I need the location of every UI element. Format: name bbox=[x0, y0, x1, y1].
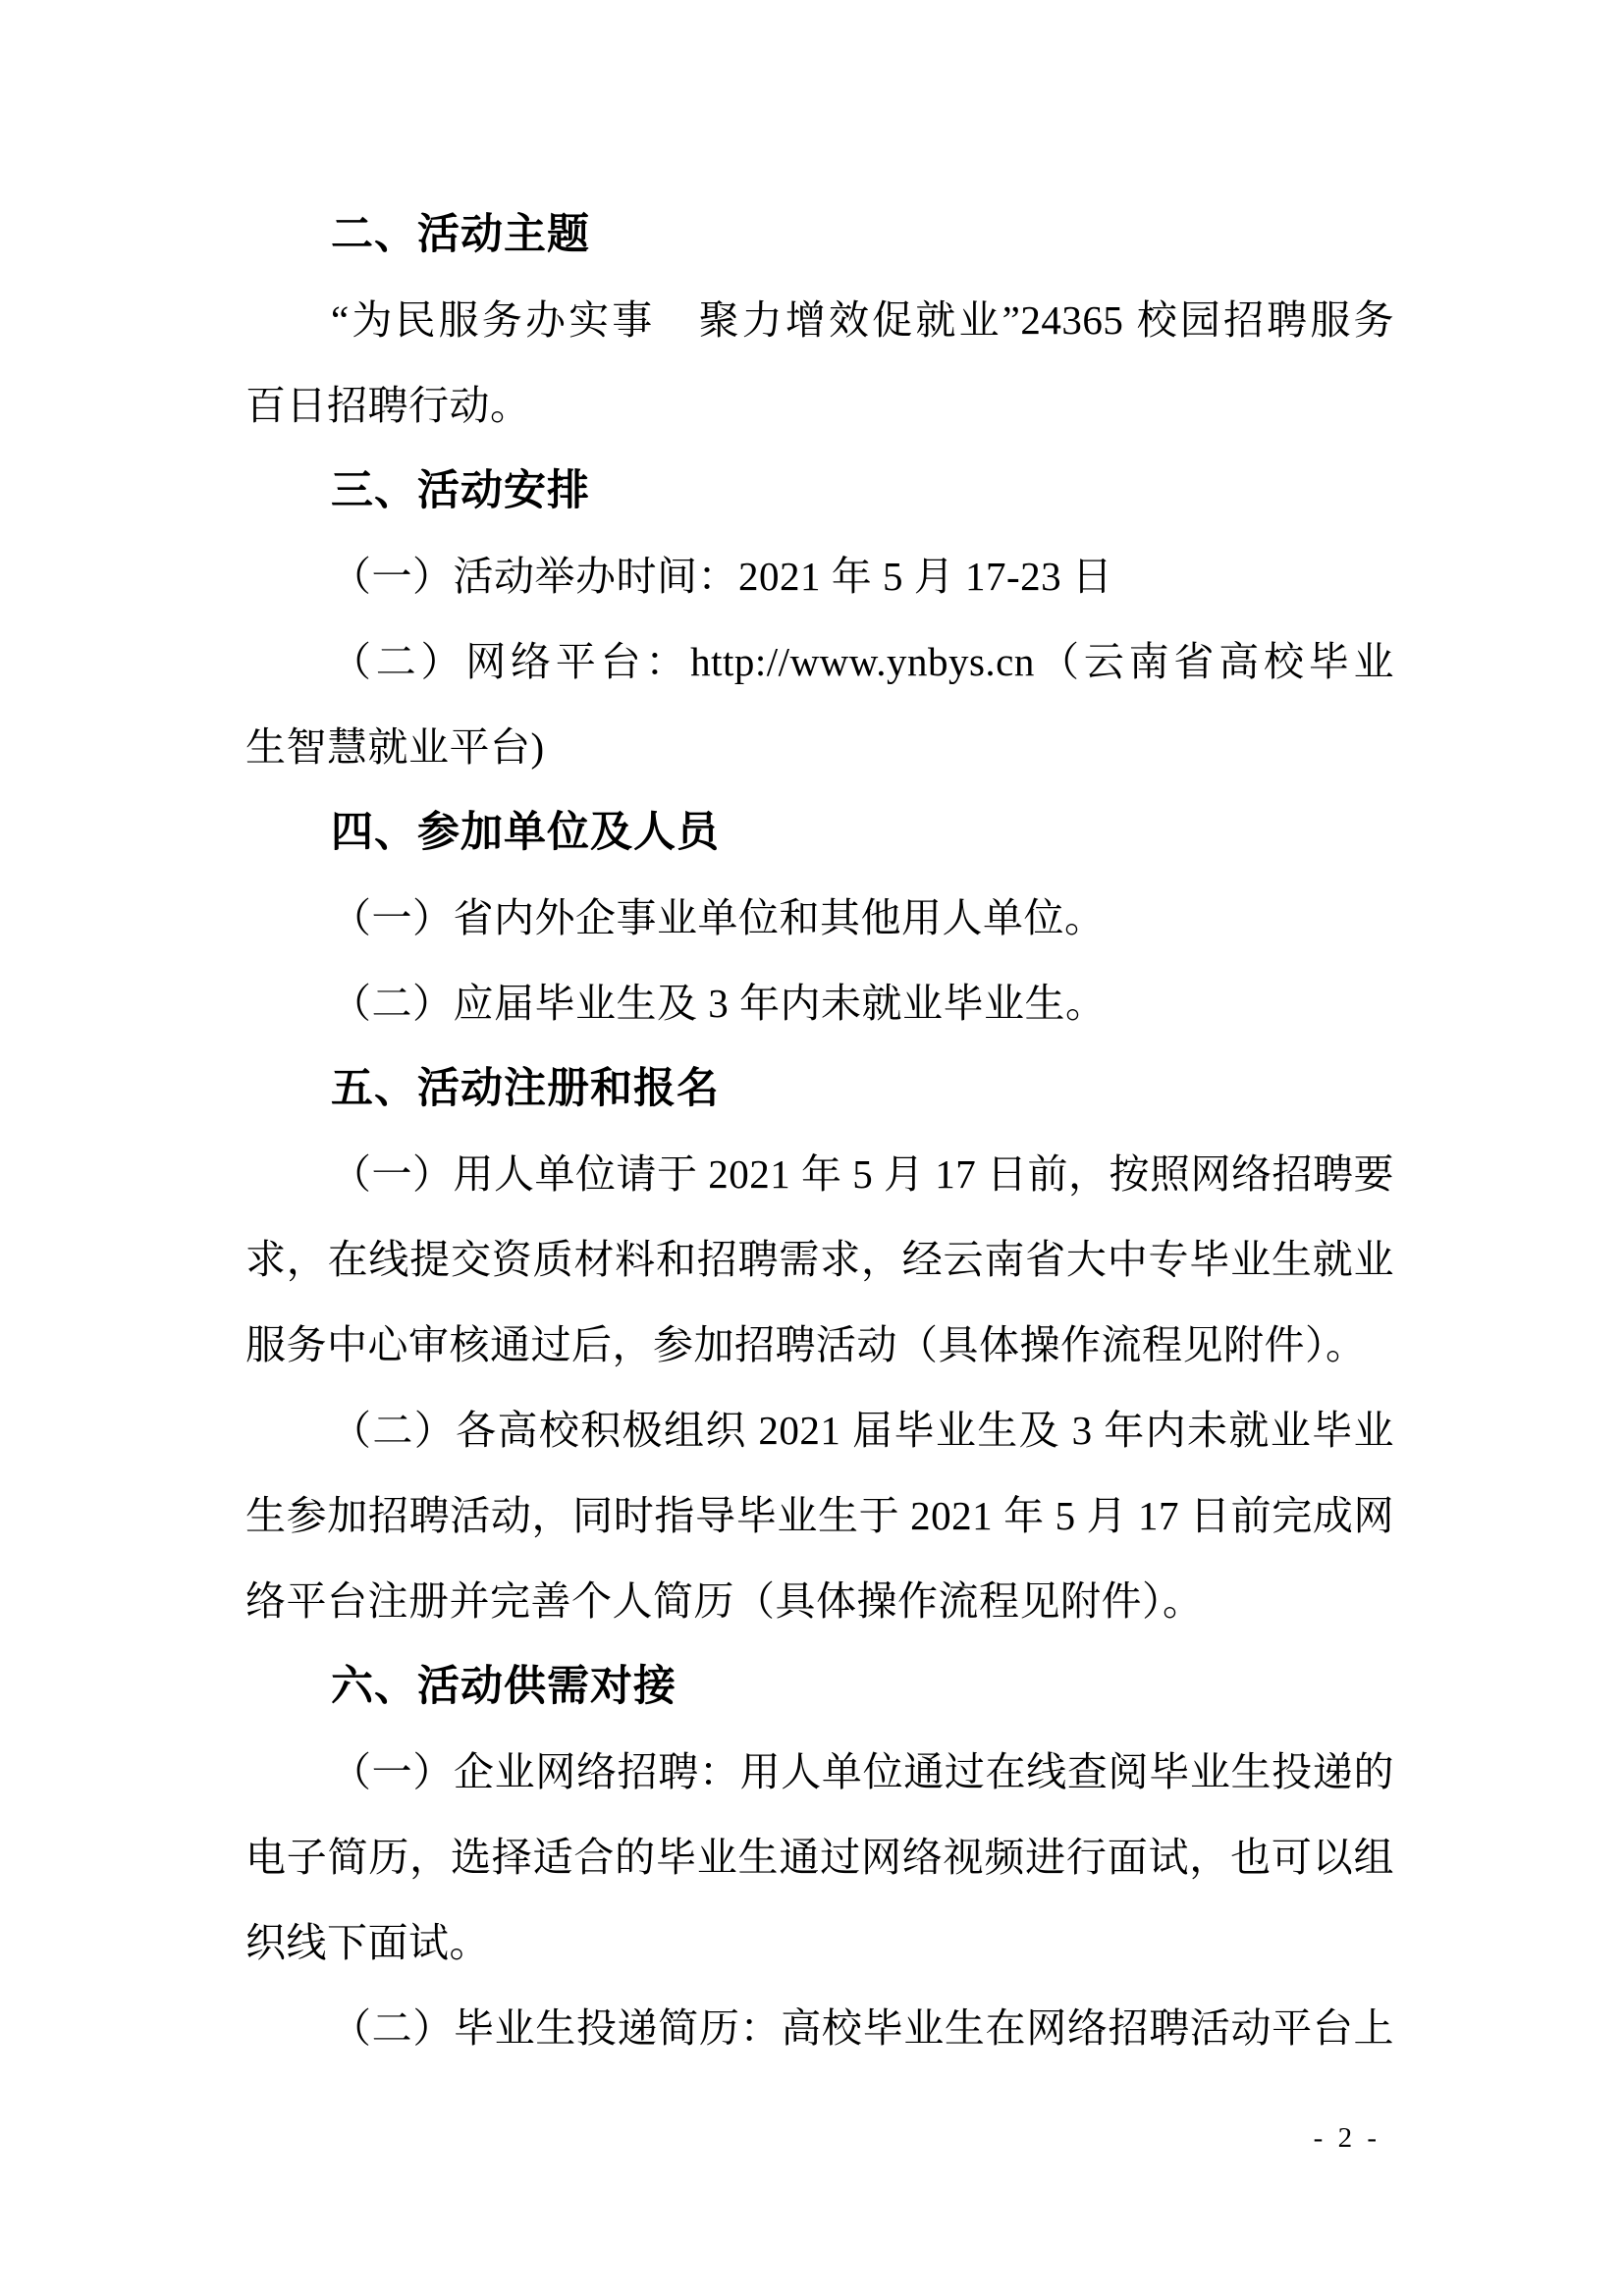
document-body: 二、活动主题“为民服务办实事 聚力增效促就业”24365 校园招聘服务百日招聘行… bbox=[245, 192, 1394, 2071]
page-number: - 2 - bbox=[1314, 2118, 1380, 2158]
text-line: 百日招聘行动。 bbox=[245, 363, 1394, 449]
text-line: （一）省内外企事业单位和其他用人单位。 bbox=[245, 876, 1394, 961]
text-line: 电子简历，选择适合的毕业生通过网络视频进行面试，也可以组 bbox=[245, 1815, 1394, 1900]
text-line: （一）用人单位请于 2021 年 5 月 17 日前，按照网络招聘要 bbox=[245, 1132, 1394, 1217]
section-heading: 六、活动供需对接 bbox=[245, 1644, 1394, 1730]
section-heading: 四、参加单位及人员 bbox=[245, 790, 1394, 876]
text-line: “为民服务办实事 聚力增效促就业”24365 校园招聘服务 bbox=[245, 278, 1394, 363]
document-page: 二、活动主题“为民服务办实事 聚力增效促就业”24365 校园招聘服务百日招聘行… bbox=[0, 0, 1624, 2296]
text-line: （一）活动举办时间：2021 年 5 月 17-23 日 bbox=[245, 534, 1394, 619]
text-line: （一）企业网络招聘：用人单位通过在线查阅毕业生投递的 bbox=[245, 1730, 1394, 1815]
section-heading: 三、活动安排 bbox=[245, 449, 1394, 534]
section-heading: 二、活动主题 bbox=[245, 192, 1394, 278]
text-line: （二）应届毕业生及 3 年内未就业毕业生。 bbox=[245, 961, 1394, 1046]
text-line: 生参加招聘活动，同时指导毕业生于 2021 年 5 月 17 日前完成网 bbox=[245, 1473, 1394, 1559]
text-line: （二）网络平台：http://www.ynbys.cn（云南省高校毕业 bbox=[245, 619, 1394, 705]
text-line: 络平台注册并完善个人简历（具体操作流程见附件）。 bbox=[245, 1559, 1394, 1644]
text-line: 服务中心审核通过后，参加招聘活动（具体操作流程见附件）。 bbox=[245, 1303, 1394, 1388]
text-line: 求，在线提交资质材料和招聘需求，经云南省大中专毕业生就业 bbox=[245, 1217, 1394, 1303]
text-line: （二）毕业生投递简历：高校毕业生在网络招聘活动平台上 bbox=[245, 1986, 1394, 2071]
text-line: （二）各高校积极组织 2021 届毕业生及 3 年内未就业毕业 bbox=[245, 1388, 1394, 1473]
text-line: 织线下面试。 bbox=[245, 1900, 1394, 1986]
section-heading: 五、活动注册和报名 bbox=[245, 1046, 1394, 1132]
text-line: 生智慧就业平台) bbox=[245, 705, 1394, 790]
